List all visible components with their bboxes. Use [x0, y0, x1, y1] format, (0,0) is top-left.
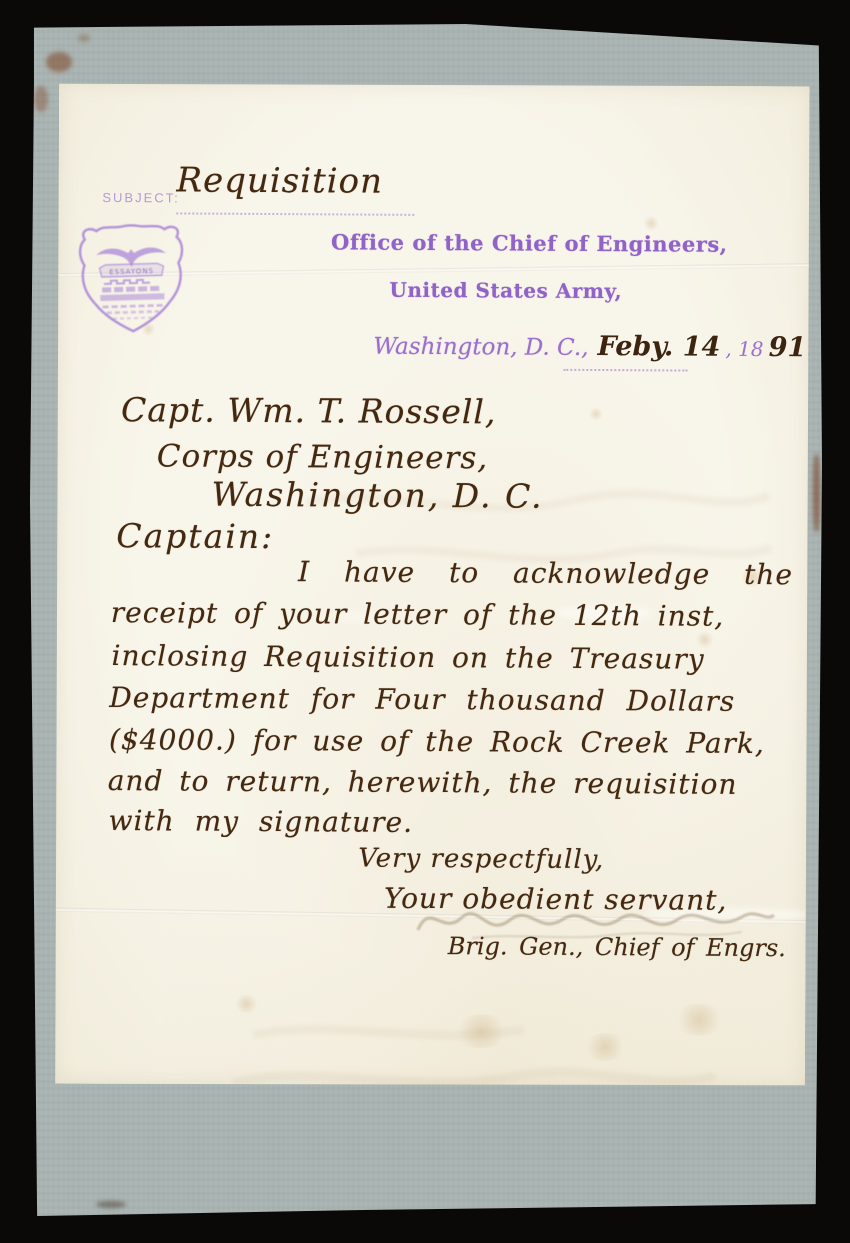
- salutation: Captain:: [116, 516, 274, 556]
- stain: [46, 52, 72, 72]
- seal-shield-border: [79, 224, 184, 333]
- foxing-stain: [453, 1014, 509, 1048]
- body-line: I have to acknowledge the: [298, 555, 793, 591]
- dateline: Washington, D. C., Feby. 14 , 18 91.: [373, 330, 815, 364]
- body-line: receipt of your letter of the 12th inst,: [111, 596, 725, 633]
- body-line: inclosing Requisition on the Treasury: [111, 639, 704, 676]
- letterhead-army-line: United States Army,: [386, 278, 626, 303]
- dateline-place-printed: Washington, D. C.,: [373, 334, 588, 361]
- stain: [96, 1201, 126, 1208]
- foxing-stain: [673, 1003, 725, 1035]
- seal-motto-text: ESSAYONS: [109, 267, 154, 276]
- body-line: and to return, herewith, the requisition: [108, 764, 738, 801]
- subject-dotted-line: [176, 212, 414, 215]
- stain: [813, 454, 820, 532]
- seal-fort-icon: [100, 279, 165, 319]
- foxing-stain: [643, 215, 659, 231]
- body-line: ($4000.) for use of the Rock Creek Park,: [109, 723, 765, 760]
- body-line: with my signature.: [108, 804, 413, 839]
- recipient-corps: Corps of Engineers,: [157, 438, 489, 476]
- subject-label: SUBJECT:: [102, 190, 179, 205]
- date-dotted-line: [563, 369, 687, 372]
- letterhead-office-line: Office of the Chief of Engineers,: [331, 229, 703, 256]
- closing-respectfully: Very respectfully,: [358, 844, 604, 876]
- foxing-stain: [589, 407, 603, 421]
- stain: [34, 86, 48, 112]
- foxing-stain: [583, 1033, 627, 1061]
- subject-value-handwritten: Requisition: [176, 160, 383, 201]
- dateline-day-handwritten: Feby. 14: [597, 331, 720, 363]
- stain: [78, 34, 90, 42]
- body-line: Department for Four thousand Dollars: [109, 681, 735, 718]
- recipient-name: Capt. Wm. T. Rossell,: [121, 390, 497, 431]
- recipient-city: Washington, D. C.: [211, 475, 543, 516]
- corps-of-engineers-seal-icon: ESSAYONS: [70, 220, 193, 337]
- dateline-year-prefix-printed: , 18: [725, 337, 763, 361]
- letter-page: SUBJECT: Requisition ESSAYONS Office of …: [53, 82, 811, 1089]
- photo-background: SUBJECT: Requisition ESSAYONS Office of …: [0, 0, 850, 1243]
- foxing-stain: [233, 995, 259, 1013]
- signer-rank-line: Brig. Gen., Chief of Engrs.: [448, 932, 786, 962]
